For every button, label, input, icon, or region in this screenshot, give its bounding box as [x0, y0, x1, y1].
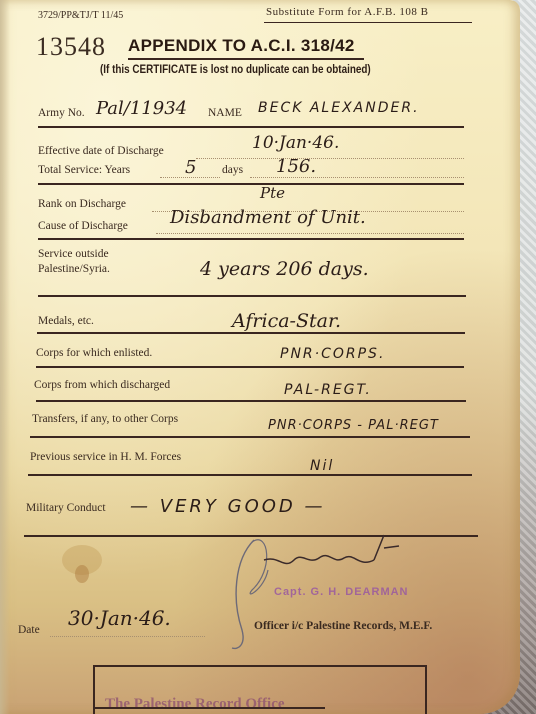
cause-value: Disbandment of Unit. — [170, 207, 366, 228]
discharge-date-value: 10·Jan·46. — [252, 133, 339, 153]
divider — [38, 183, 464, 185]
substitute-form-note: Substitute Form for A.F.B. 108 B — [266, 6, 428, 18]
discharge-certificate: 3729/PP&TJ/T 11/45 Substitute Form for A… — [0, 0, 520, 714]
card-edge — [0, 0, 10, 714]
divider — [38, 126, 464, 128]
date-label: Date — [18, 624, 40, 636]
total-service-label: Total Service: Years — [38, 164, 130, 176]
divider — [30, 436, 470, 438]
serial-number: 13548 — [36, 32, 106, 62]
conduct-value: — VERY GOOD — — [130, 496, 326, 517]
form-code: 3729/PP&TJ/T 11/45 — [38, 10, 123, 21]
divider — [128, 58, 364, 60]
rank-value: Pte — [260, 184, 285, 202]
record-office-stamp: The Palestine Record Office — [105, 696, 285, 713]
service-outside-label-2: Palestine/Syria. — [38, 263, 110, 275]
warning-note: (If this CERTIFICATE is lost no duplicat… — [100, 64, 371, 76]
dotted-line — [250, 177, 464, 178]
previous-service-value: Nil — [310, 458, 334, 474]
stain — [75, 565, 89, 583]
page-title: APPENDIX TO A.C.I. 318/42 — [128, 36, 355, 56]
transfers-label: Transfers, if any, to other Corps — [32, 413, 178, 425]
army-no-value: Pal/11934 — [96, 98, 187, 119]
days-label: days — [222, 164, 243, 176]
divider — [38, 238, 464, 240]
signature-stamp: Capt. G. H. DEARMAN — [274, 586, 409, 598]
corps-enlisted-label: Corps for which enlisted. — [36, 347, 152, 359]
name-label: NAME — [208, 107, 242, 119]
divider — [28, 474, 472, 476]
medals-label: Medals, etc. — [38, 315, 94, 327]
officer-title: Officer i/c Palestine Records, M.E.F. — [254, 620, 432, 632]
transfers-value: PNR·CORPS - PAL·REGT — [268, 418, 439, 433]
discharge-date-label: Effective date of Discharge — [38, 145, 164, 157]
name-value: BECK ALEXANDER. — [258, 100, 420, 116]
divider — [37, 332, 465, 334]
service-days-value: 156. — [276, 156, 316, 177]
army-no-label: Army No. — [38, 107, 85, 119]
corps-discharged-value: PAL-REGT. — [284, 382, 372, 398]
previous-service-label: Previous service in H. M. Forces — [30, 451, 181, 463]
divider — [264, 22, 472, 23]
rank-label: Rank on Discharge — [38, 198, 126, 210]
divider — [95, 707, 325, 709]
date-value: 30·Jan·46. — [68, 606, 171, 630]
corps-enlisted-value: PNR·CORPS. — [280, 346, 385, 362]
divider — [36, 400, 466, 402]
conduct-label: Military Conduct — [26, 502, 106, 514]
dotted-line — [196, 158, 464, 159]
service-years-value: 5 — [185, 157, 196, 178]
dotted-line — [156, 233, 464, 234]
cause-label: Cause of Discharge — [38, 220, 128, 232]
medals-value: Africa-Star. — [232, 310, 341, 332]
service-outside-label: Service outside — [38, 248, 109, 260]
service-outside-value: 4 years 206 days. — [200, 258, 369, 280]
divider — [38, 295, 466, 297]
dotted-line — [50, 636, 205, 637]
divider — [36, 366, 464, 368]
corps-discharged-label: Corps from which discharged — [34, 379, 170, 391]
